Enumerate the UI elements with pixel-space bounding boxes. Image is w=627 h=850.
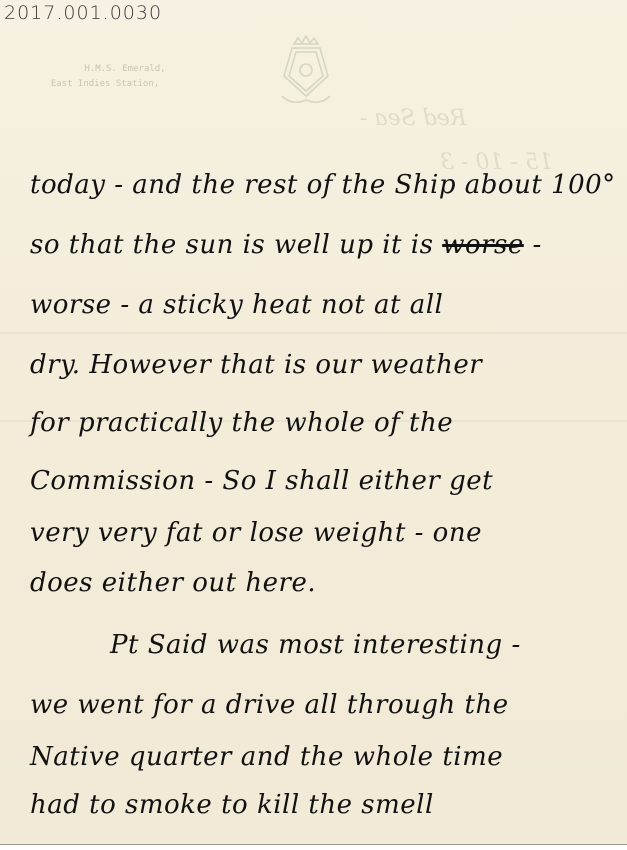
letter-line-9: Pt Said was most interesting -: [110, 630, 521, 660]
letter-line-1: today - and the rest of the Ship about 1…: [30, 170, 616, 200]
letterhead-station: East Indies Station,: [30, 77, 180, 92]
letter-line-2-text: so that the sun is well up it is: [30, 230, 433, 260]
letter-line-4: dry. However that is our weather: [30, 350, 482, 380]
bleed-through-text: Red Sea -: [360, 106, 466, 131]
letter-page: 2017.001.0030 H.M.S. Emerald, East Indie…: [0, 0, 627, 844]
letter-line-2: so that the sun is well up it is worse -: [30, 230, 542, 260]
struck-word: worse: [442, 230, 524, 260]
letter-line-3: worse - a sticky heat not at all: [30, 290, 443, 320]
letter-line-12: had to smoke to kill the smell: [30, 790, 434, 820]
letter-line-7: very very fat or lose weight - one: [30, 518, 482, 548]
letter-line-8: does either out here.: [30, 568, 316, 598]
letter-line-10: we went for a drive all through the: [30, 690, 509, 720]
accession-number: 2017.001.0030: [4, 2, 162, 24]
naval-crest-emboss-icon: [278, 34, 334, 114]
letterhead: H.M.S. Emerald, East Indies Station,: [30, 62, 180, 92]
scan-border: [0, 844, 627, 850]
paper-fold: [0, 332, 627, 334]
letterhead-ship: H.M.S. Emerald,: [30, 62, 180, 77]
letter-line-6: Commission - So I shall either get: [30, 466, 493, 496]
letter-line-5: for practically the whole of the: [30, 408, 453, 438]
letter-line-11: Native quarter and the whole time: [30, 742, 503, 772]
